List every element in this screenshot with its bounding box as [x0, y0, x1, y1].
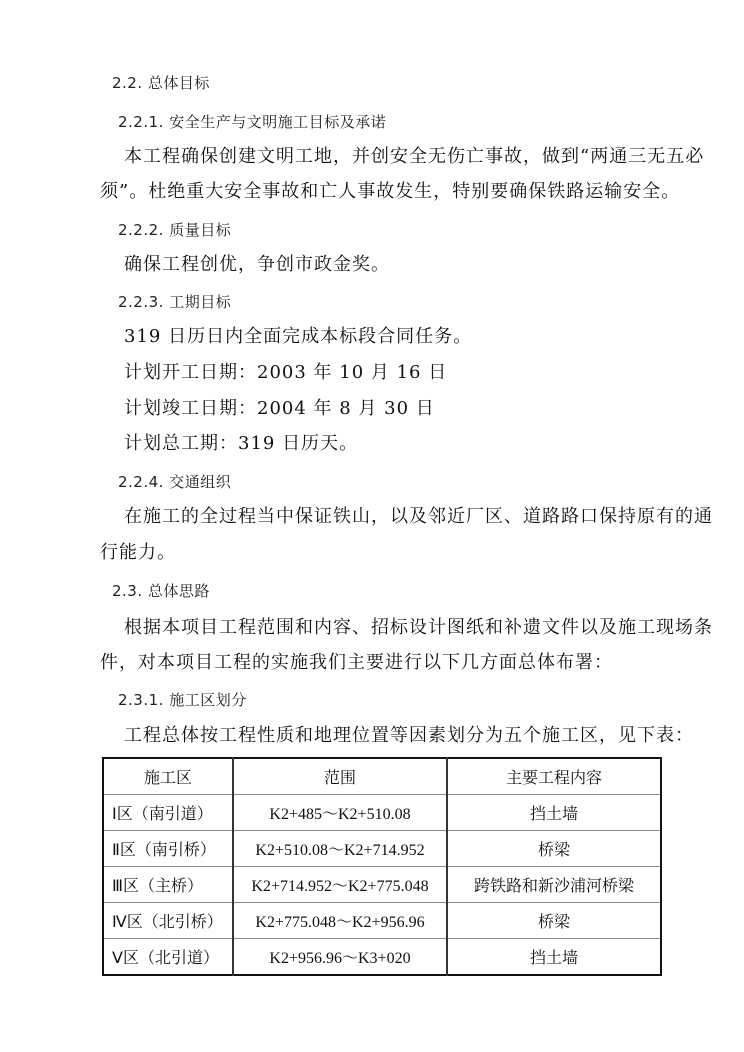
paragraph-traffic-line1: 在施工的全过程当中保证铁山，以及邻近厂区、道路路口保持原有的通 [124, 505, 713, 529]
heading-2-2-4: 2.2.4. 交通组织 [118, 470, 231, 494]
paragraph-schedule: 319 日历日内全面完成本标段合同任务。 [124, 325, 472, 349]
content-cell: 桥梁 [447, 831, 661, 867]
content-cell: 桥梁 [447, 903, 661, 939]
zone-cell: Ⅴ区（北引道） [103, 939, 233, 976]
planned-end-date: 计划竣工日期：2004 年 8 月 30 日 [124, 397, 435, 421]
paragraph-approach-line2: 件，对本项目工程的实施我们主要进行以下几方面总体布署： [100, 651, 613, 675]
content-cell: 挡土墙 [447, 939, 661, 976]
range-cell: K2+510.08～K2+714.952 [233, 831, 447, 867]
table-row: Ⅱ区（南引桥） K2+510.08～K2+714.952 桥梁 [103, 831, 661, 867]
header-zone: 施工区 [103, 758, 233, 795]
zone-cell: Ⅲ区（主桥） [103, 867, 233, 903]
heading-2-2-1: 2.2.1. 安全生产与文明施工目标及承诺 [118, 110, 386, 134]
paragraph-safety-line2: 须”。杜绝重大安全事故和亡人事故发生，特别要确保铁路运输安全。 [100, 180, 680, 204]
heading-2-2-2: 2.2.2. 质量目标 [118, 218, 231, 242]
paragraph-approach-line1: 根据本项目工程范围和内容、招标设计图纸和补遗文件以及施工现场条 [124, 616, 713, 640]
paragraph-traffic-line2: 行能力。 [100, 541, 176, 565]
range-cell: K2+485～K2+510.08 [233, 795, 447, 831]
heading-2-3-1: 2.3.1. 施工区划分 [118, 688, 247, 712]
table-header-row: 施工区 范围 主要工程内容 [103, 758, 661, 795]
heading-2-2: 2.2. 总体目标 [112, 71, 210, 95]
document-page: 2.2. 总体目标 2.2.1. 安全生产与文明施工目标及承诺 本工程确保创建文… [0, 0, 744, 1052]
planned-start-date: 计划开工日期：2003 年 10 月 16 日 [124, 361, 447, 385]
zone-cell: Ⅳ区（北引桥） [103, 903, 233, 939]
zone-cell: Ⅰ区（南引道） [103, 795, 233, 831]
range-cell: K2+775.048～K2+956.96 [233, 903, 447, 939]
range-cell: K2+714.952～K2+775.048 [233, 867, 447, 903]
paragraph-safety-line1: 本工程确保创建文明工地，并创安全无伤亡事故，做到“两通三无五必 [124, 145, 704, 169]
paragraph-zones-intro: 工程总体按工程性质和地理位置等因素划分为五个施工区，见下表： [124, 724, 694, 748]
table-row: Ⅴ区（北引道） K2+956.96～K3+020 挡土墙 [103, 939, 661, 976]
content-cell: 跨铁路和新沙浦河桥梁 [447, 867, 661, 903]
table-row: Ⅳ区（北引桥） K2+775.048～K2+956.96 桥梁 [103, 903, 661, 939]
header-content: 主要工程内容 [447, 758, 661, 795]
zone-cell: Ⅱ区（南引桥） [103, 831, 233, 867]
construction-zones-table: 施工区 范围 主要工程内容 Ⅰ区（南引道） K2+485～K2+510.08 挡… [102, 757, 662, 976]
planned-total-duration: 计划总工期：319 日历天。 [124, 432, 358, 456]
paragraph-quality: 确保工程创优，争创市政金奖。 [124, 253, 390, 277]
header-range: 范围 [233, 758, 447, 795]
range-cell: K2+956.96～K3+020 [233, 939, 447, 976]
table-row: Ⅰ区（南引道） K2+485～K2+510.08 挡土墙 [103, 795, 661, 831]
table-row: Ⅲ区（主桥） K2+714.952～K2+775.048 跨铁路和新沙浦河桥梁 [103, 867, 661, 903]
content-cell: 挡土墙 [447, 795, 661, 831]
heading-2-2-3: 2.2.3. 工期目标 [118, 290, 231, 314]
heading-2-3: 2.3. 总体思路 [112, 579, 210, 603]
